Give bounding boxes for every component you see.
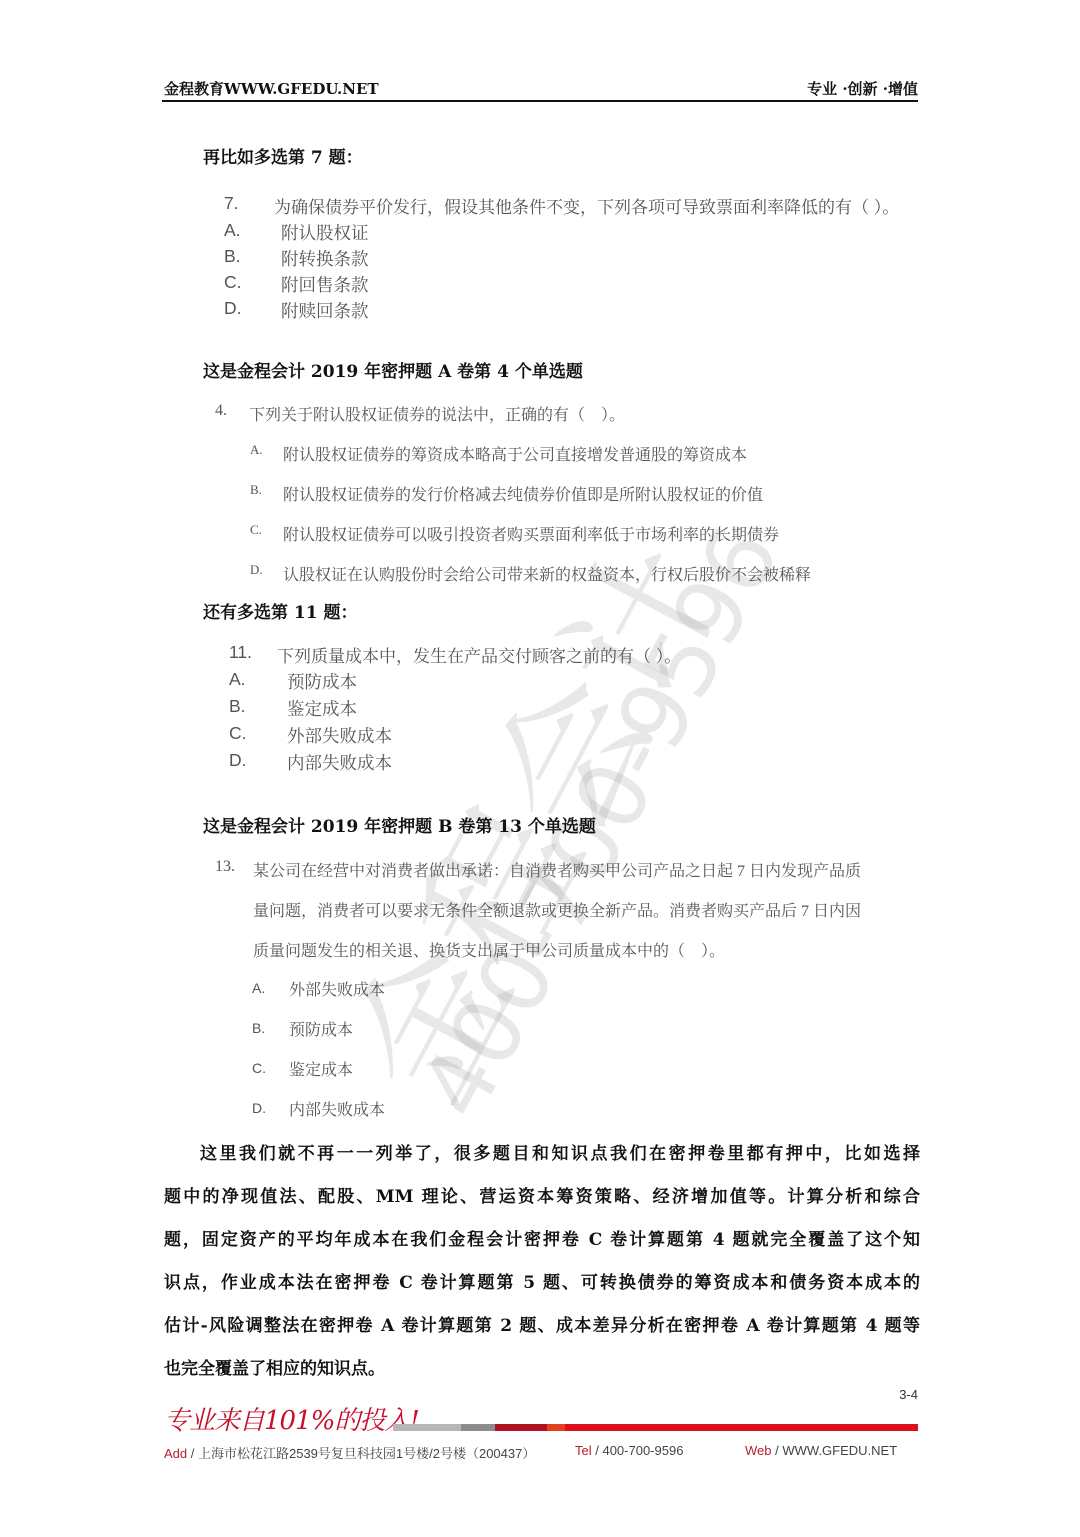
question-number: 11. [229,642,252,663]
header-site-name: 金程教育WWW.GFEDU.NET [164,78,379,99]
bar-segment [547,1424,565,1431]
question-stem-line: 质量问题发生的相关退、换货支出属于甲公司质量成本中的（ ）。 [253,938,725,961]
option-text: 附回售条款 [281,272,369,297]
paragraph-line: 这里我们就不再一一列举了，很多题目和知识点我们在密押卷里都有押中，比如选择 [164,1133,920,1176]
paragraph-line: 题中的净现值法、配股、MM 理论、营运资本筹资策略、经济增加值等。计算分析和综合 [164,1176,920,1219]
option-text: 内部失败成本 [289,1097,385,1120]
section-heading: 这是金程会计 2019 年密押题 A 卷第 4 个单选题 [203,357,583,382]
option-text: 附转换条款 [281,246,369,271]
question-stem: 下列关于附认股权证债券的说法中，正确的有（ ）。 [249,402,625,425]
footer-address: Add / 上海市松花江路2539号复旦科技园1号楼/2号楼（200437） [164,1443,535,1462]
bar-segment [565,1424,918,1431]
section-heading: 再比如多选第 7 题： [203,143,363,168]
tel-value: 400-700-9596 [602,1443,683,1458]
footer-slogan: 专业来自101%的投入! [164,1400,419,1437]
section-heading: 这是金程会计 2019 年密押题 B 卷第 13 个单选题 [203,812,596,837]
paragraph-line: 也完全覆盖了相应的知识点。 [164,1348,920,1391]
separator: / [592,1443,603,1458]
option-label: A. [229,669,246,690]
question-number: 7. [224,193,239,214]
separator: / [187,1446,198,1461]
question-stem-line: 量问题，消费者可以要求无条件全额退款或更换全新产品。消费者购买产品后 7 日内因 [253,898,861,921]
option-label: B. [250,482,262,498]
option-label: D. [252,1100,266,1116]
header-divider [162,100,918,102]
option-text: 预防成本 [287,669,357,694]
footer-web: Web / WWW.GFEDU.NET [745,1443,897,1458]
address-key: Add [164,1446,187,1461]
question-stem: 下列质量成本中，发生在产品交付顾客之前的有（ ）。 [277,642,681,667]
option-text: 附认股权证 [281,220,369,245]
tel-key: Tel [575,1443,592,1458]
question-number: 4. [215,402,227,420]
paragraph-line: 识点，作业成本法在密押卷 C 卷计算题第 5 题、可转换债券的筹资成本和债务资本… [164,1262,920,1305]
summary-paragraph: 这里我们就不再一一列举了，很多题目和知识点我们在密押卷里都有押中，比如选择 题中… [164,1133,920,1391]
option-text: 鉴定成本 [287,696,357,721]
separator: / [772,1443,783,1458]
bar-segment [393,1424,461,1431]
option-text: 外部失败成本 [289,977,385,1000]
option-text: 附认股权证债券的发行价格减去纯债券价值即是所附认股权证的价值 [283,482,763,505]
question-stem-line: 某公司在经营中对消费者做出承诺：自消费者购买甲公司产品之日起 7 日内发现产品质 [253,858,861,881]
option-text: 预防成本 [289,1017,353,1040]
option-text: 附认股权证债券的筹资成本略高于公司直接增发普通股的筹资成本 [283,442,747,465]
option-label: B. [252,1020,265,1036]
option-label: D. [224,298,242,319]
option-label: D. [229,750,247,771]
footer-tel: Tel / 400-700-9596 [575,1443,683,1458]
web-key: Web [745,1443,772,1458]
address-value: 上海市松花江路2539号复旦科技园1号楼/2号楼（200437） [198,1446,535,1461]
option-text: 鉴定成本 [289,1057,353,1080]
option-label: A. [250,442,263,458]
option-label: B. [224,246,241,267]
option-label: A. [252,980,265,996]
bar-segment [461,1424,495,1431]
section-heading: 还有多选第 11 题： [203,598,358,623]
paragraph-line: 题，固定资产的平均年成本在我们金程会计密押卷 C 卷计算题第 4 题就完全覆盖了… [164,1219,920,1262]
question-number: 13. [215,858,235,876]
option-text: 认股权证在认购股份时会给公司带来新的权益资本，行权后股价不会被稀释 [283,562,811,585]
question-stem: 为确保债券平价发行，假设其他条件不变，下列各项可导致票面利率降低的有（ ）。 [274,193,899,218]
option-label: C. [250,522,262,538]
bar-segment [495,1424,547,1431]
paragraph-line: 估计-风险调整法在密押卷 A 卷计算题第 2 题、成本差异分析在密押卷 A 卷计… [164,1305,920,1348]
header-tagline: 专业 ·创新 ·增值 [807,78,918,99]
option-label: C. [229,723,247,744]
option-text: 附赎回条款 [281,298,369,323]
page-number: 3-4 [899,1387,918,1402]
option-text: 外部失败成本 [287,723,392,748]
option-label: C. [252,1060,266,1076]
option-label: C. [224,272,242,293]
option-text: 附认股权证债券可以吸引投资者购买票面利率低于市场利率的长期债券 [283,522,779,545]
option-label: D. [250,562,263,578]
option-label: A. [224,220,241,241]
option-text: 内部失败成本 [287,750,392,775]
web-value[interactable]: WWW.GFEDU.NET [782,1443,897,1458]
option-label: B. [229,696,246,717]
